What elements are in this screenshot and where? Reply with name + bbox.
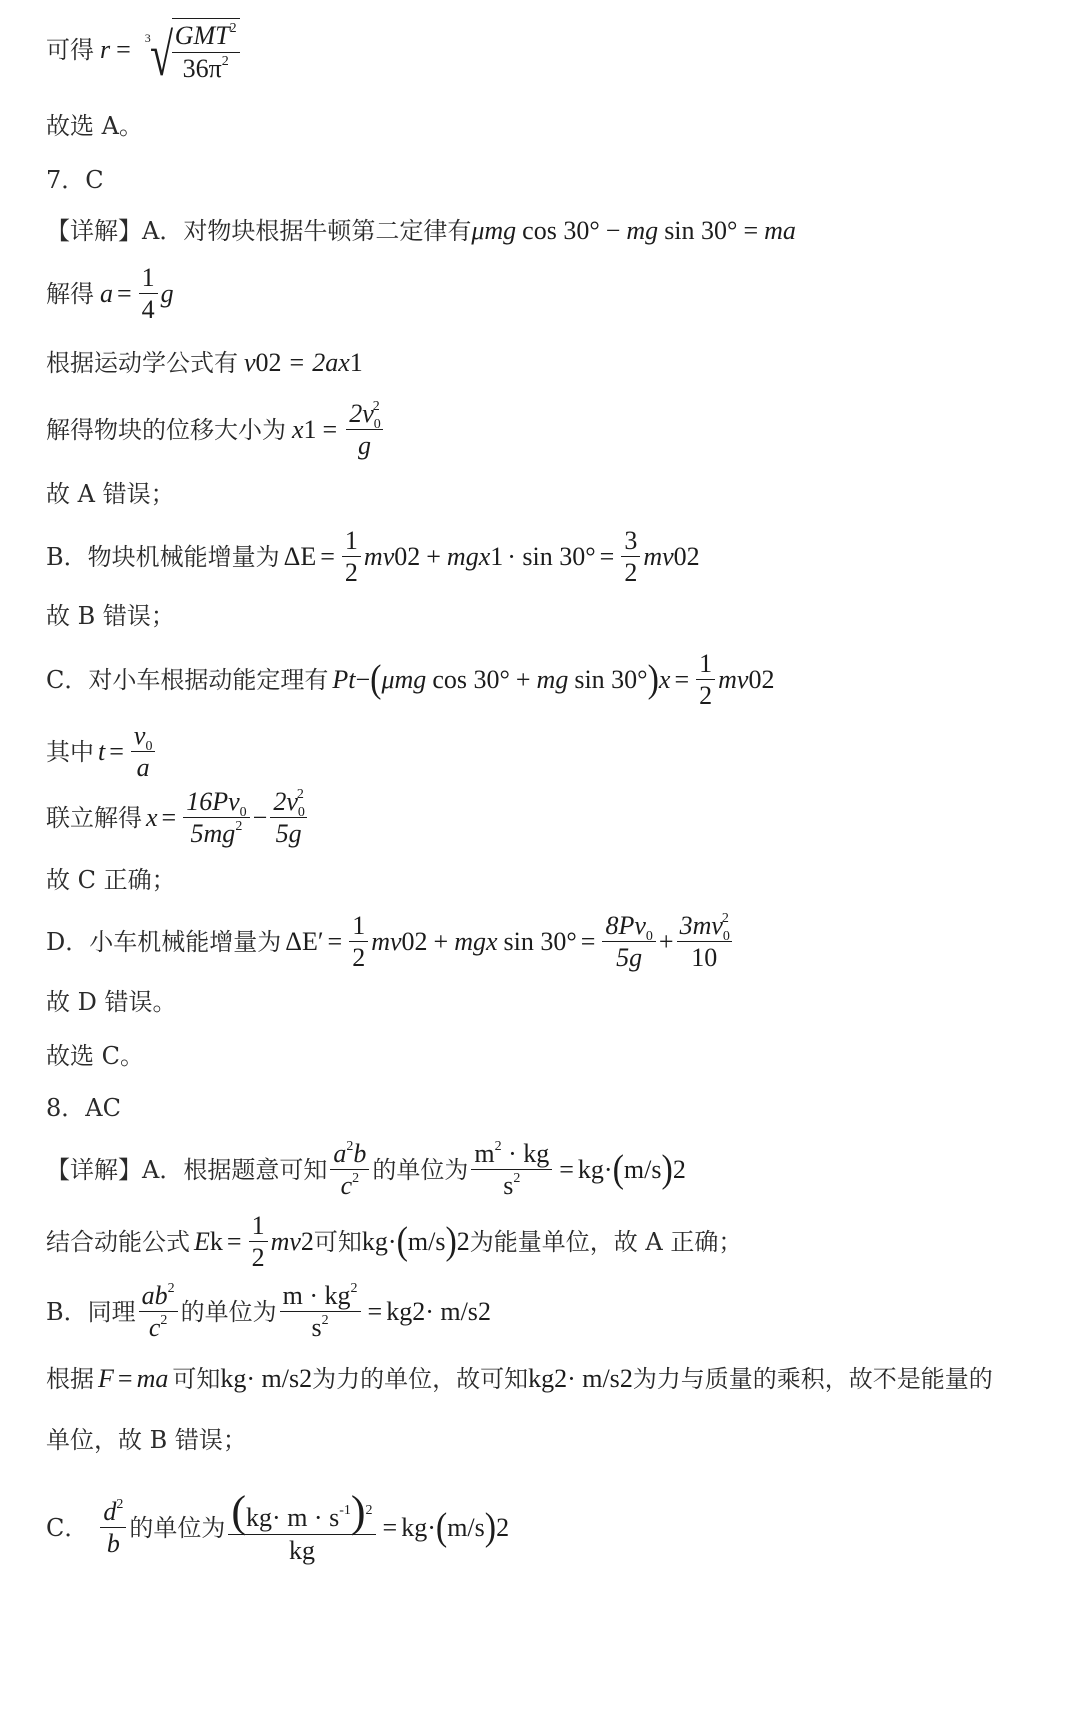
numerator: 2v (349, 399, 374, 428)
math: kg (386, 1299, 412, 1325)
text: B．物块机械能增量为 (46, 545, 280, 569)
math: F (98, 1366, 114, 1392)
sup: 2 (322, 1313, 329, 1328)
denominator: kg (286, 1535, 318, 1564)
denominator: g (355, 430, 374, 459)
math: + (516, 667, 531, 693)
math: mg (626, 218, 658, 244)
line-result-r: 可得 r = 3 √ GMT2 36π2 (46, 20, 240, 80)
var-r: r (100, 37, 110, 63)
math: · m/s (425, 1299, 478, 1325)
line-8c-unit: C． d2b 的单位为 (kg· m · s-1)2kg = kg· ( m/s… (46, 1492, 509, 1564)
right-paren: ) (648, 662, 659, 697)
math: = (328, 929, 343, 955)
fraction: ab2c2 (139, 1282, 178, 1342)
text: 其中 (46, 740, 94, 764)
line-7d-energy: D．小车机械能增量为 ΔE′ = 12 mv02 + mgx sin 30° =… (46, 912, 735, 972)
math: kg· (362, 1229, 397, 1255)
line-7a-solve-a: 解得 a = 14 g (46, 264, 174, 324)
numerator: 1 (139, 264, 158, 294)
line-b-wrong-2: 单位，故 B 错误； (46, 1428, 247, 1452)
math: + (434, 929, 449, 955)
math: + (659, 929, 674, 955)
math: a (100, 281, 113, 307)
denominator: 2 (249, 1242, 268, 1271)
math: = (323, 417, 338, 443)
line-d-wrong: 故 D 错误。 (46, 990, 177, 1014)
fraction: v0a (131, 722, 156, 782)
numerator: kg· m · s (246, 1503, 339, 1532)
denominator: 5g (273, 818, 305, 847)
sup: 2 (513, 1171, 520, 1186)
sup: -1 (339, 1503, 351, 1518)
question-8-answer: 8．AC (46, 1096, 121, 1120)
right-paren: ) (351, 1492, 366, 1532)
math: sin 30° (664, 218, 737, 244)
numerator: m (474, 1139, 494, 1168)
denominator: 10 (688, 942, 720, 971)
math: t (98, 739, 105, 765)
math: x (146, 805, 158, 831)
text: 可知 (172, 1367, 220, 1391)
math: g (161, 281, 174, 307)
line-8a-kinetic: 结合动能公式 Ek = 12 mv2 可知 kg· ( m/s )2 为能量单位… (46, 1212, 742, 1272)
text: 故 D 错误。 (46, 990, 177, 1014)
sup: 2 (160, 1313, 167, 1328)
denominator: 2 (621, 557, 640, 586)
math: − (355, 667, 370, 693)
denominator: c (149, 1313, 161, 1342)
text: 故 B 错误； (46, 604, 175, 628)
text: 解得 (46, 282, 94, 306)
text: 联立解得 (46, 806, 142, 830)
sup: 2 (351, 1281, 358, 1296)
sup: 2 (722, 911, 729, 926)
math: m/s (408, 1229, 446, 1255)
right-paren: ) (485, 1510, 496, 1545)
text: 为力与质量的乘积，故不是能量的 (633, 1367, 993, 1391)
question-7-answer: 7．C (46, 168, 104, 192)
sup: 2 (373, 399, 380, 414)
math: x (659, 667, 671, 693)
text: 【详解】A．对物块根据牛顿第二定律有 (46, 219, 471, 243)
numerator: 3 (621, 527, 640, 557)
fraction: m · kg2s2 (280, 1282, 361, 1342)
left-paren: ( (613, 1152, 624, 1187)
math: cos 30° (432, 667, 510, 693)
text: C．对小车根据动能定理有 (46, 668, 328, 692)
numerator: b (353, 1139, 366, 1168)
line-b-wrong: 故 B 错误； (46, 604, 175, 628)
math: μmg (471, 218, 516, 244)
math: mgx (447, 544, 490, 570)
text: D．小车机械能增量为 (46, 930, 281, 954)
math: mv (718, 667, 748, 693)
fraction: 12 (342, 527, 361, 587)
line-7a-displacement: 解得物块的位移大小为 x1 = 2v02g (46, 400, 386, 460)
text: 的单位为 (181, 1300, 277, 1324)
line-a-wrong: 故 A 错误； (46, 482, 175, 506)
text: 根据运动学公式有 (46, 351, 238, 375)
text: 【详解】A．根据题意可知 (46, 1158, 327, 1182)
numerator: a (333, 1139, 346, 1168)
math: sin 30° (504, 929, 577, 955)
math: = (674, 667, 689, 693)
line-7c-solve-x: 联立解得 x = 16Pv05mg2 − 2v025g (46, 788, 310, 848)
math: − (606, 218, 621, 244)
fraction: 2v02g (346, 400, 383, 460)
fraction: 14 (139, 264, 158, 324)
line-7a-kinematics: 根据运动学公式有 v02 = 2ax1 (46, 350, 363, 376)
text: 故选 A。 (46, 114, 143, 138)
math: = (109, 739, 124, 765)
text: 7．C (46, 168, 104, 192)
denominator: 4 (139, 294, 158, 323)
math: kg· (578, 1157, 613, 1183)
math: mg (537, 667, 569, 693)
text: 的单位为 (372, 1158, 468, 1182)
right-paren: ) (445, 1224, 456, 1259)
math: sin 30° (574, 667, 647, 693)
denominator: a (134, 752, 153, 781)
fraction: 32 (621, 527, 640, 587)
numerator: ab (142, 1281, 168, 1310)
denominator: s (312, 1313, 322, 1342)
denominator: 5g (613, 942, 645, 971)
math: = (581, 929, 596, 955)
sup: 2 (235, 819, 242, 834)
radical-sign-icon: √ (150, 28, 173, 82)
fraction: d2b (100, 1498, 126, 1558)
numerator: m · kg (283, 1281, 351, 1310)
denominator: 36π (183, 54, 222, 83)
math: = (162, 805, 177, 831)
numerator: 1 (696, 650, 715, 680)
math: μmg (381, 667, 426, 693)
math: cos 30° (522, 218, 600, 244)
line-7c-time: 其中 t = v0a (46, 722, 158, 782)
math: = (227, 1229, 242, 1255)
math: mgx (454, 929, 497, 955)
fraction: 2v025g (270, 788, 307, 848)
math: · sin 30° (507, 544, 595, 570)
right-paren: ) (662, 1152, 673, 1187)
math: = (383, 1515, 398, 1541)
math: = (320, 544, 335, 570)
math: ma (137, 1366, 169, 1392)
numerator: d (103, 1497, 116, 1526)
line-7b-energy: B．物块机械能增量为 ΔE = 12 mv02 + mgx1 · sin 30°… (46, 527, 700, 587)
text: 可知 (314, 1230, 362, 1254)
math: mv (371, 929, 401, 955)
math: m/s (624, 1157, 662, 1183)
numerator: · kg (502, 1139, 550, 1168)
numerator: GMT (175, 21, 230, 50)
equals: = (116, 37, 131, 63)
math: E (194, 1229, 210, 1255)
denominator: b (104, 1528, 123, 1557)
text: 为能量单位，故 A 正确； (470, 1230, 743, 1254)
sup: 2 (168, 1281, 175, 1296)
math: = (600, 544, 615, 570)
denominator: 5mg (191, 819, 236, 848)
math: = (290, 350, 305, 376)
numerator: 8Pv (605, 911, 645, 940)
fraction: (kg· m · s-1)2kg (228, 1492, 375, 1564)
numerator: 2v (273, 787, 298, 816)
text: 可得 (46, 38, 94, 62)
numerator: 1 (249, 1212, 268, 1242)
math: x (292, 417, 304, 443)
math: + (426, 544, 441, 570)
math: 2ax (312, 350, 350, 376)
left-paren: ( (397, 1224, 408, 1259)
fraction: m2 · kgs2 (471, 1140, 552, 1200)
text: 为力的单位，故可知 (312, 1367, 528, 1391)
numerator: v (134, 721, 146, 750)
sup: 2 (297, 787, 304, 802)
denominator: 2 (349, 942, 368, 971)
text: 的单位为 (129, 1516, 225, 1540)
cube-root: 3 √ GMT2 36π2 (139, 18, 240, 82)
math: = (743, 218, 758, 244)
numerator: 1 (342, 527, 361, 557)
line-8b-unit: B．同理 ab2c2 的单位为 m · kg2s2 = kg2 · m/s2 (46, 1282, 491, 1342)
line-7a-newton: 【详解】A．对物块根据牛顿第二定律有 μmg cos 30° − mg sin … (46, 218, 796, 244)
sup: 2 (222, 54, 229, 69)
sup: 2 (495, 1139, 502, 1154)
line-8b-force: 根据 F = ma 可知 kg· m/s2 为力的单位，故可知 kg2 · m/… (46, 1366, 993, 1392)
text: 根据 (46, 1367, 94, 1391)
denominator: c (341, 1171, 353, 1200)
sub: 0 (723, 929, 730, 944)
sub: 0 (646, 929, 653, 944)
math: kg· m/s (220, 1366, 299, 1392)
math: Pt (332, 667, 355, 693)
sub: 0 (374, 417, 381, 432)
fraction: 12 (349, 912, 368, 972)
numerator: 1 (349, 912, 368, 942)
math: ΔE (284, 544, 317, 570)
fraction: 8Pv05g (602, 912, 655, 972)
math: mv (643, 544, 673, 570)
text: 结合动能公式 (46, 1230, 190, 1254)
text: 故选 C。 (46, 1044, 144, 1068)
math: = (559, 1157, 574, 1183)
math: mv (271, 1229, 301, 1255)
math: kg (528, 1366, 554, 1392)
numerator: 3mv (680, 911, 723, 940)
math: m/s (447, 1515, 485, 1541)
line-8a-unit: 【详解】A．根据题意可知 a2bc2 的单位为 m2 · kgs2 = kg· … (46, 1140, 686, 1200)
text: 解得物块的位移大小为 (46, 418, 286, 442)
line-choose-a: 故选 A。 (46, 114, 143, 138)
line-choose-c: 故选 C。 (46, 1044, 144, 1068)
fraction: 12 (696, 650, 715, 710)
denominator: 2 (342, 557, 361, 586)
line-7c-work-energy: C．对小车根据动能定理有 Pt − ( μmg cos 30° + mg sin… (46, 650, 774, 710)
math: · m/s (567, 1366, 620, 1392)
text: C． (46, 1516, 88, 1540)
fraction: 16Pv05mg2 (183, 788, 249, 848)
sup: 2 (230, 21, 237, 36)
math: ΔE′ (285, 929, 323, 955)
math: v (244, 350, 256, 376)
sup: 2 (366, 1503, 373, 1518)
math: = (118, 1366, 133, 1392)
denominator: 2 (696, 680, 715, 709)
text: 8．AC (46, 1096, 121, 1120)
sup: 2 (352, 1171, 359, 1186)
left-paren: ( (436, 1510, 447, 1545)
text: 故 A 错误； (46, 482, 175, 506)
numerator: 16Pv (186, 787, 239, 816)
math: − (253, 805, 268, 831)
math: kg· (401, 1515, 436, 1541)
fraction: 3mv0210 (677, 912, 732, 972)
fraction: a2bc2 (330, 1140, 369, 1200)
text: B．同理 (46, 1300, 136, 1324)
left-paren: ( (370, 662, 381, 697)
math: ma (764, 218, 796, 244)
math: mv (364, 544, 394, 570)
text: 单位，故 B 错误； (46, 1428, 247, 1452)
left-paren: ( (231, 1492, 246, 1532)
text: 故 C 正确； (46, 868, 176, 892)
math: = (117, 281, 132, 307)
sup: 2 (116, 1497, 123, 1512)
denominator: s (503, 1171, 513, 1200)
fraction: 12 (249, 1212, 268, 1272)
line-c-correct: 故 C 正确； (46, 868, 176, 892)
math: = (368, 1299, 383, 1325)
